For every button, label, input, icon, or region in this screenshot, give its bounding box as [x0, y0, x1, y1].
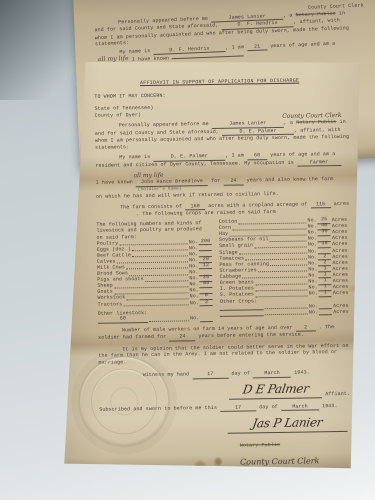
crops-column: Cotton No. 25 Acres Corn No. 40 Acr [212, 217, 349, 321]
crop-rows: Cotton No. 25 Acres Corn No. 40 Acr [219, 217, 349, 298]
handwritten-clerk-title: County Court Clerk [240, 456, 319, 466]
page-title: AFFIDAVIT IN SUPPORT OF APPLICATION FOR … [94, 77, 345, 87]
livestock-column: The following numbers and kinds of lives… [96, 219, 213, 323]
embossed-notary-seal [77, 355, 170, 448]
farm-size-paragraph: The farm consists of 160 acres with a cr… [96, 200, 347, 218]
workers-paragraph: Number of male workers on farm 14 years … [98, 323, 349, 342]
farm-products-table: The following numbers and kinds of lives… [96, 217, 349, 323]
livestock-row: Tractors No. 2 [98, 300, 214, 308]
photo-of-document: County Court Clerk Personally appeared b… [0, 0, 375, 500]
soldier-paragraph: all my life I have known John Hance Bree… [96, 170, 347, 200]
main-page: AFFIDAVIT IN SUPPORT OF APPLICATION FOR … [57, 58, 367, 475]
identity-paragraph: My name is D. E. Palmer, I am 60 years o… [95, 151, 346, 170]
struck-notary-public: Notary Public [296, 119, 336, 126]
affiant-signature: D E Palmer [242, 382, 310, 395]
clerk-title-line: Notary Public County Court Clerk [240, 432, 352, 470]
handwritten-clerk-note: County Court Clerk [282, 113, 342, 120]
other-livestock-row: 60 No. [98, 316, 214, 324]
commission-line: My Com. Expires [100, 472, 351, 482]
handwritten-all-my-life: all my life [98, 55, 129, 63]
clerk-signature-line: Jas P Lanier [227, 413, 350, 434]
livestock-rows: Poultry No. 200 Eggs (doz.) No. [97, 239, 213, 308]
struck-notary-public: Notary Public [240, 442, 280, 449]
salutation: TO WHOM IT MAY CONCERN: [94, 89, 345, 99]
appearance-paragraph: County Court Clerk Personally appeared b… [95, 119, 346, 151]
clerk-signature: Jas P Lanier [252, 416, 324, 429]
soldier-name-blank: John Hance Breedlove [136, 178, 208, 187]
affiant-signature-line: D E Palmer Affiant. [229, 378, 350, 399]
affiant-label: Affiant. [325, 391, 350, 398]
struck-notary-public: Notary Public [295, 10, 336, 18]
